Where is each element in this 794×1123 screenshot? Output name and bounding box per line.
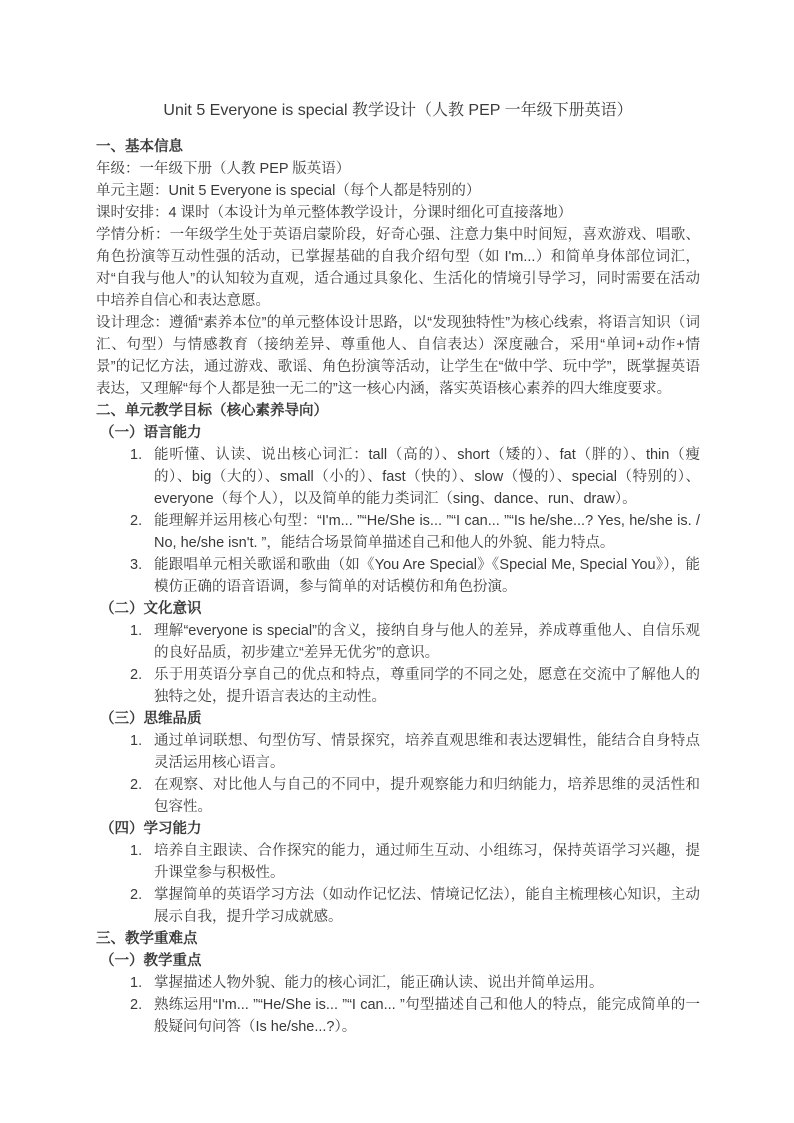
paragraph-grade: 年级：一年级下册（人教 PEP 版英语） [96, 158, 700, 180]
paragraph-learner-analysis: 学情分析：一年级学生处于英语启蒙阶段，好奇心强、注意力集中时间短，喜欢游戏、唱歌… [96, 224, 700, 312]
sub-heading-cultural-awareness: （二）文化意识 [96, 598, 700, 620]
list-item-text: 掌握简单的英语学习方法（如动作记忆法、情境记忆法），能自主梳理核心知识，主动展示… [154, 884, 700, 928]
document-page: Unit 5 Everyone is special 教学设计（人教 PEP 一… [0, 0, 794, 1123]
paragraph-lesson-schedule: 课时安排：4 课时（本设计为单元整体教学设计，分课时细化可直接落地） [96, 202, 700, 224]
paragraph-design-concept: 设计理念：遵循“素养本位”的单元整体设计思路，以“发现独特性”为核心线索，将语言… [96, 312, 700, 400]
list-item-number: 2. [130, 994, 154, 1038]
list-item-number: 1. [130, 620, 154, 664]
sub-heading-language-ability: （一）语言能力 [96, 422, 700, 444]
list-item: 2. 在观察、对比他人与自己的不同中，提升观察能力和归纳能力，培养思维的灵活性和… [96, 774, 700, 818]
list-item-number: 1. [130, 840, 154, 884]
list-item: 2. 掌握简单的英语学习方法（如动作记忆法、情境记忆法），能自主梳理核心知识，主… [96, 884, 700, 928]
list-item-text: 通过单词联想、句型仿写、情景探究，培养直观思维和表达逻辑性，能结合自身特点灵活运… [154, 730, 700, 774]
paragraph-unit-theme: 单元主题：Unit 5 Everyone is special（每个人都是特别的… [96, 180, 700, 202]
list-item: 1. 理解“everyone is special”的含义，接纳自身与他人的差异… [96, 620, 700, 664]
section-heading-basic-info: 一、基本信息 [96, 136, 700, 158]
list-item: 1. 通过单词联想、句型仿写、情景探究，培养直观思维和表达逻辑性，能结合自身特点… [96, 730, 700, 774]
list-item: 1. 掌握描述人物外貌、能力的核心词汇，能正确认读、说出并简单运用。 [96, 972, 700, 994]
section-heading-key-difficulties: 三、教学重难点 [96, 928, 700, 950]
list-item-text: 在观察、对比他人与自己的不同中，提升观察能力和归纳能力，培养思维的灵活性和包容性… [154, 774, 700, 818]
list-item: 1. 培养自主跟读、合作探究的能力，通过师生互动、小组练习，保持英语学习兴趣，提… [96, 840, 700, 884]
list-item-text: 理解“everyone is special”的含义，接纳自身与他人的差异，养成… [154, 620, 700, 664]
list-item: 2. 熟练运用“I'm... ”“He/She is... ”“I can...… [96, 994, 700, 1038]
list-item-number: 2. [130, 510, 154, 554]
list-item: 2. 乐于用英语分享自己的优点和特点，尊重同学的不同之处，愿意在交流中了解他人的… [96, 664, 700, 708]
sub-heading-learning-ability: （四）学习能力 [96, 818, 700, 840]
list-item-number: 1. [130, 972, 154, 994]
list-item: 2. 能理解并运用核心句型：“I'm... ”“He/She is... ”“I… [96, 510, 700, 554]
list-item-text: 培养自主跟读、合作探究的能力，通过师生互动、小组练习，保持英语学习兴趣，提升课堂… [154, 840, 700, 884]
list-item-number: 2. [130, 664, 154, 708]
list-item-number: 1. [130, 444, 154, 510]
list-item: 1. 能听懂、认读、说出核心词汇：tall（高的）、short（矮的）、fat（… [96, 444, 700, 510]
list-item-text: 乐于用英语分享自己的优点和特点，尊重同学的不同之处，愿意在交流中了解他人的独特之… [154, 664, 700, 708]
list-item-text: 能听懂、认读、说出核心词汇：tall（高的）、short（矮的）、fat（胖的）… [154, 444, 700, 510]
section-heading-unit-goals: 二、单元教学目标（核心素养导向） [96, 400, 700, 422]
list-item: 3. 能跟唱单元相关歌谣和歌曲（如《You Are Special》《Speci… [96, 554, 700, 598]
sub-heading-thinking-quality: （三）思维品质 [96, 708, 700, 730]
document-title: Unit 5 Everyone is special 教学设计（人教 PEP 一… [96, 100, 700, 122]
list-item-number: 2. [130, 884, 154, 928]
list-item-number: 3. [130, 554, 154, 598]
list-item-text: 能跟唱单元相关歌谣和歌曲（如《You Are Special》《Special … [154, 554, 700, 598]
list-item-text: 熟练运用“I'm... ”“He/She is... ”“I can... ”句… [154, 994, 700, 1038]
list-item-text: 掌握描述人物外貌、能力的核心词汇，能正确认读、说出并简单运用。 [154, 972, 700, 994]
list-item-text: 能理解并运用核心句型：“I'm... ”“He/She is... ”“I ca… [154, 510, 700, 554]
sub-heading-teaching-focus: （一）教学重点 [96, 950, 700, 972]
list-item-number: 2. [130, 774, 154, 818]
list-item-number: 1. [130, 730, 154, 774]
